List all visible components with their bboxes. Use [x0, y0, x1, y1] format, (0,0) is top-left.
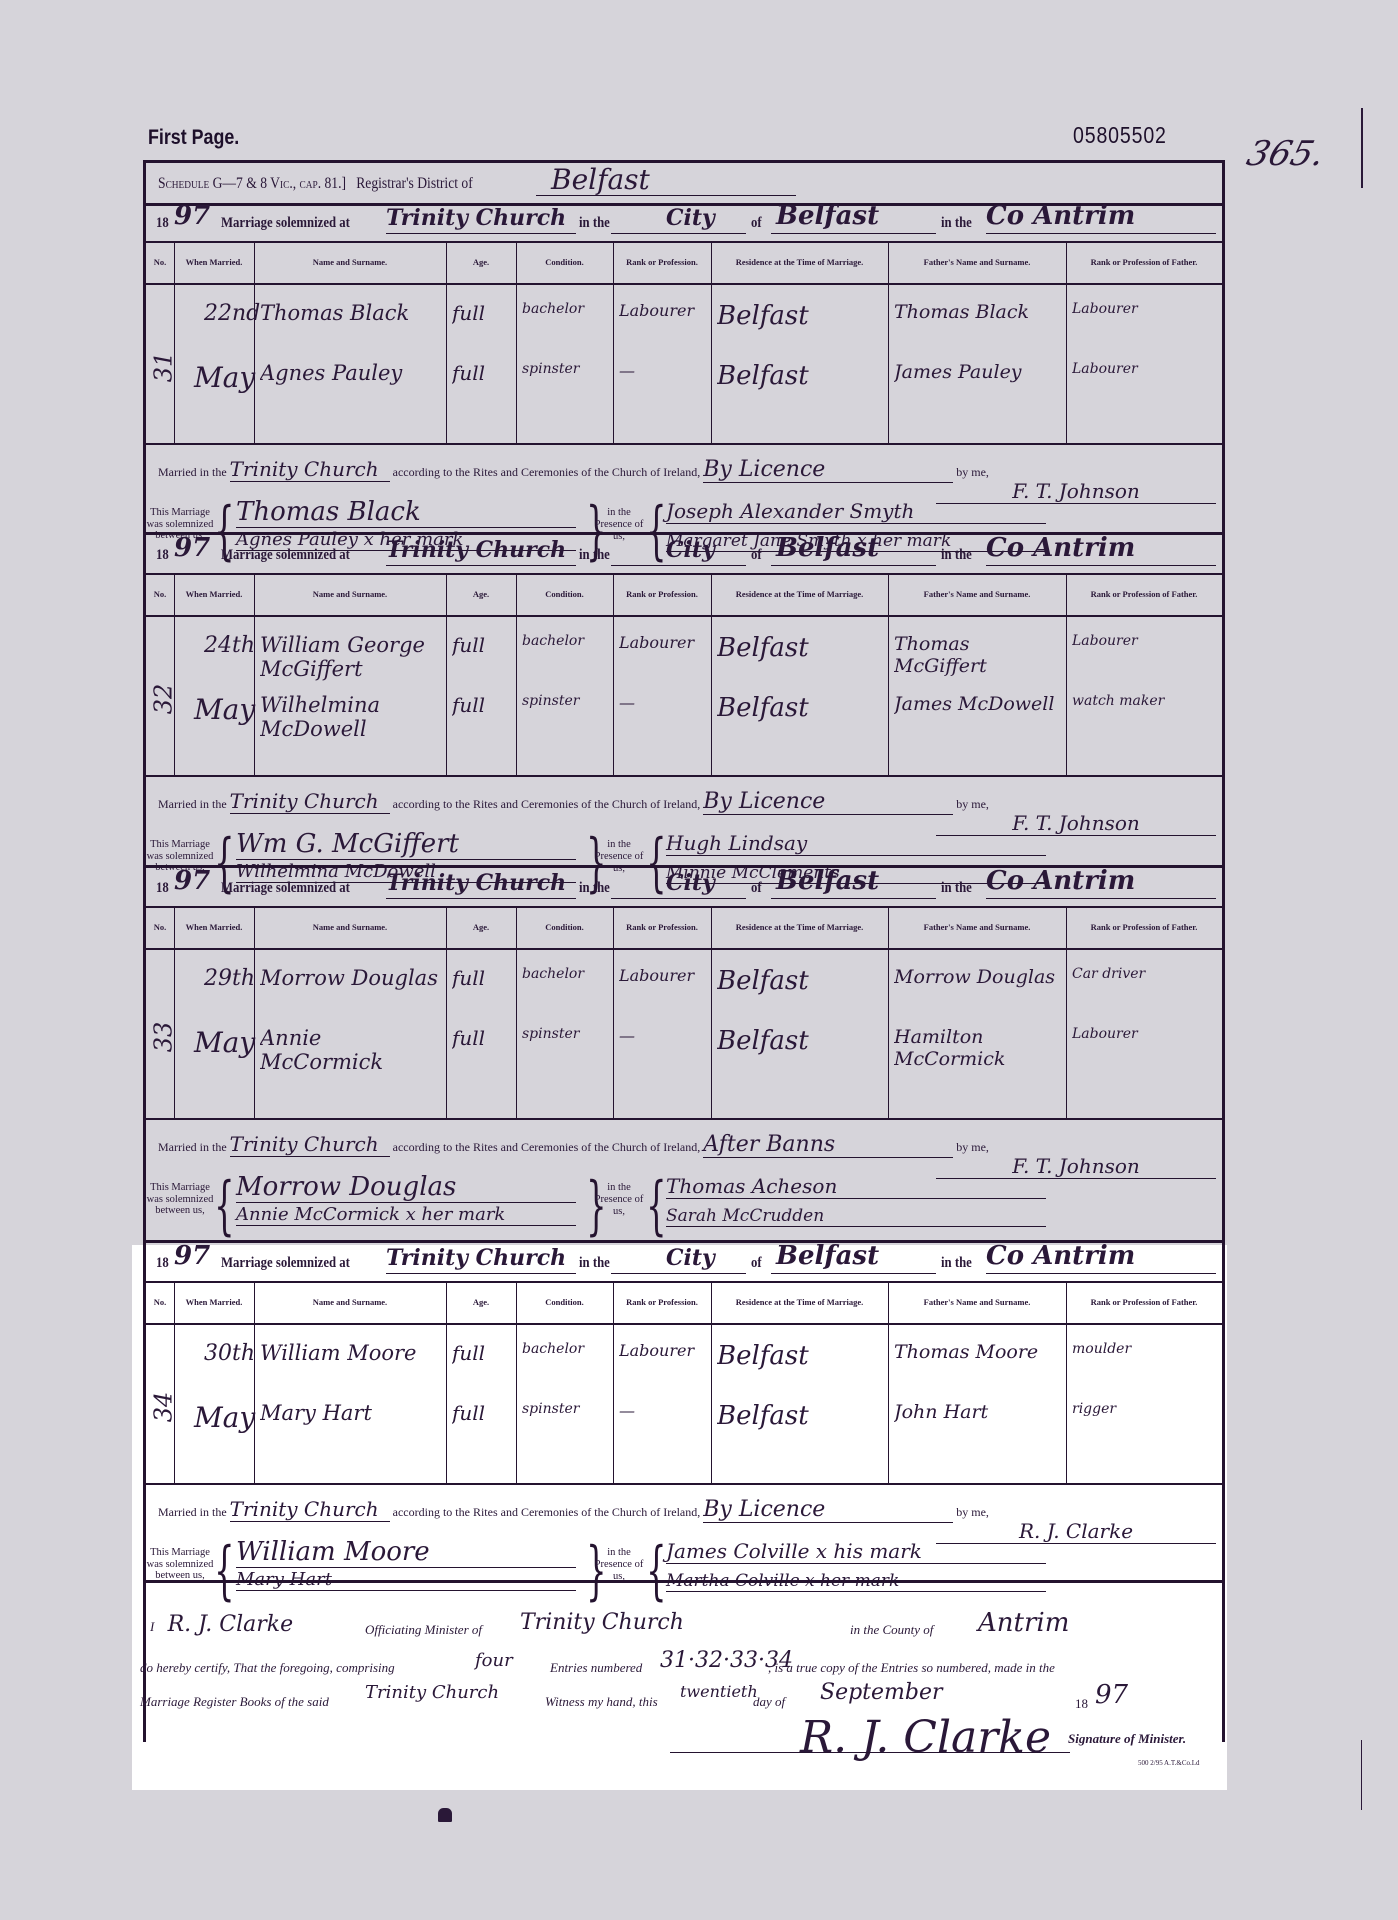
certificate-register-church: Trinity Church [365, 1682, 499, 1703]
groom-residence: Belfast [717, 966, 886, 996]
column-header: Rank or Profession. [613, 908, 711, 950]
column-header: Age. [446, 243, 516, 285]
groom-condition: bachelor [522, 966, 611, 982]
column-header: Father's Name and Surname. [888, 908, 1066, 950]
entry-number: 34 [149, 1392, 177, 1423]
bride-condition: spinster [522, 1026, 611, 1042]
entry-header: 1897Marriage solemnized atTrinity Church… [146, 868, 1222, 906]
groom-name: William George McGiffert [260, 633, 444, 681]
column-header: Residence at the Time of Marriage. [711, 1283, 888, 1325]
groom-father: Morrow Douglas [894, 966, 1064, 988]
groom-age: full [452, 633, 514, 657]
column-header: Age. [446, 575, 516, 617]
bride-rank: — [619, 361, 709, 380]
marriage-day: 22nd [204, 301, 260, 326]
entry-separator [146, 1580, 1222, 1583]
column-header: Father's Name and Surname. [888, 1283, 1066, 1325]
entry-number: 31 [149, 352, 177, 383]
groom-rank: Labourer [619, 633, 709, 652]
bride-residence: Belfast [717, 361, 886, 391]
groom-residence: Belfast [717, 633, 886, 663]
married-in-line: Married in the Trinity Church according … [158, 789, 989, 815]
groom-condition: bachelor [522, 1341, 611, 1357]
page-header-label: First Page. [148, 126, 239, 150]
entry-county: Co Antrim [986, 866, 1135, 896]
entry-year: 97 [174, 201, 210, 231]
marriage-month: May [194, 693, 255, 726]
groom-condition: bachelor [522, 301, 611, 317]
signature-label: Signature of Minister. [1068, 1731, 1186, 1747]
presence-label: in the Presence of us, [594, 1547, 644, 1583]
entry-table: No.When Married.Name and Surname.Age.Con… [146, 573, 1222, 777]
entry-table: No.When Married.Name and Surname.Age.Con… [146, 241, 1222, 445]
entry-header: 1897Marriage solemnized atTrinity Church… [146, 535, 1222, 573]
bride-father-rank: Labourer [1072, 1026, 1220, 1042]
reference-number: 05805502 [1073, 122, 1167, 149]
groom-age: full [452, 966, 514, 990]
certificate-year: 97 [1095, 1680, 1128, 1710]
bride-name: Wilhelmina McDowell [260, 693, 444, 741]
bride-father-rank: rigger [1072, 1401, 1220, 1417]
entry-header: 1897Marriage solemnized atTrinity Church… [146, 203, 1222, 241]
column-header: Rank or Profession. [613, 575, 711, 617]
entry-place-type: City [666, 1245, 715, 1271]
witness-1: Joseph Alexander Smyth [666, 499, 1046, 524]
folio-number: 365. [1243, 134, 1329, 174]
marriage-day: 29th [204, 966, 255, 991]
bride-age: full [452, 1026, 514, 1050]
bride-signature: Annie McCormick x her mark [236, 1204, 576, 1226]
column-header: Name and Surname. [254, 243, 446, 285]
entry-table: No.When Married.Name and Surname.Age.Con… [146, 1281, 1222, 1485]
married-in-church: Trinity Church [230, 1132, 390, 1157]
bride-name: Agnes Pauley [260, 361, 444, 385]
column-header: Residence at the Time of Marriage. [711, 575, 888, 617]
column-header: No. [146, 575, 174, 617]
marriage-month: May [194, 361, 255, 394]
groom-father-rank: Car driver [1072, 966, 1220, 982]
groom-father-rank: Labourer [1072, 633, 1220, 649]
bride-father-rank: watch maker [1072, 693, 1220, 709]
column-header: Condition. [516, 575, 613, 617]
minister-signature: R. J. Clarke [800, 1712, 1051, 1763]
entry-place-type: City [666, 205, 715, 231]
marriage-entry: 1897Marriage solemnized atTrinity Church… [146, 535, 1222, 868]
bride-father: James Pauley [894, 361, 1064, 383]
column-header: Condition. [516, 908, 613, 950]
marriage-register-form: Schedule G—7 & 8 Vic., cap. 81.] Registr… [143, 160, 1225, 1742]
column-header: Residence at the Time of Marriage. [711, 243, 888, 285]
entry-place-type: City [666, 870, 715, 896]
groom-signature: Thomas Black [236, 497, 576, 528]
entry-place: Belfast [776, 1241, 879, 1271]
certificate-church: Trinity Church [520, 1610, 684, 1635]
bride-condition: spinster [522, 1401, 611, 1417]
bride-residence: Belfast [717, 1401, 886, 1431]
groom-name: William Moore [260, 1341, 444, 1365]
entry-county: Co Antrim [986, 1241, 1135, 1271]
column-header: Name and Surname. [254, 1283, 446, 1325]
entry-number: 33 [149, 1022, 177, 1053]
entry-header: 1897Marriage solemnized atTrinity Church… [146, 1243, 1222, 1281]
entry-church: Trinity Church [386, 1245, 566, 1271]
bride-age: full [452, 361, 514, 385]
groom-signature: William Moore [236, 1537, 576, 1568]
column-header: Rank or Profession. [613, 243, 711, 285]
column-header: Rank or Profession of Father. [1066, 1283, 1222, 1325]
marriage-day: 24th [204, 633, 255, 658]
column-header: Residence at the Time of Marriage. [711, 908, 888, 950]
column-header: Name and Surname. [254, 575, 446, 617]
certificate-county: Antrim [978, 1608, 1069, 1638]
groom-rank: Labourer [619, 301, 709, 320]
bride-rank: — [619, 1401, 709, 1420]
column-header: Name and Surname. [254, 908, 446, 950]
column-header: No. [146, 908, 174, 950]
groom-father: Thomas Black [894, 301, 1064, 323]
bride-rank: — [619, 693, 709, 712]
column-header: Rank or Profession. [613, 1283, 711, 1325]
ink-blot [438, 1808, 452, 1822]
column-header: Father's Name and Surname. [888, 243, 1066, 285]
bride-residence: Belfast [717, 693, 886, 723]
column-header: When Married. [174, 908, 254, 950]
married-in-church: Trinity Church [230, 457, 390, 482]
column-header: When Married. [174, 1283, 254, 1325]
certificate-month: September [820, 1680, 943, 1705]
groom-rank: Labourer [619, 1341, 709, 1360]
groom-name: Morrow Douglas [260, 966, 444, 990]
groom-signature: Wm G. McGiffert [236, 829, 576, 860]
marriage-month: May [194, 1401, 255, 1434]
marriage-month: May [194, 1026, 255, 1059]
certificate-count: four [475, 1650, 513, 1671]
groom-residence: Belfast [717, 301, 886, 331]
column-header: Rank or Profession of Father. [1066, 908, 1222, 950]
entry-number: 32 [149, 684, 177, 715]
bride-condition: spinster [522, 693, 611, 709]
column-header: Age. [446, 1283, 516, 1325]
column-header: Rank or Profession of Father. [1066, 575, 1222, 617]
marriage-entry: 1897Marriage solemnized atTrinity Church… [146, 203, 1222, 535]
bride-father-rank: Labourer [1072, 361, 1220, 377]
column-header: When Married. [174, 575, 254, 617]
married-in-line: Married in the Trinity Church according … [158, 457, 989, 483]
groom-signature: Morrow Douglas [236, 1172, 576, 1203]
schedule-row: Schedule G—7 & 8 Vic., cap. 81.] Registr… [146, 163, 1222, 206]
marriage-day: 30th [204, 1341, 255, 1366]
district-value: Belfast [551, 163, 650, 196]
entry-church: Trinity Church [386, 870, 566, 896]
schedule-label: Schedule G—7 & 8 Vic., cap. 81.] [158, 175, 346, 192]
entry-place: Belfast [776, 533, 879, 563]
witness-1: Hugh Lindsay [666, 831, 1046, 856]
witness-1: Thomas Acheson [666, 1174, 1046, 1199]
column-header: Condition. [516, 243, 613, 285]
bride-name: Annie McCormick [260, 1026, 444, 1074]
bride-age: full [452, 1401, 514, 1425]
bride-age: full [452, 693, 514, 717]
married-in-church: Trinity Church [230, 1497, 390, 1522]
marriage-entry: 1897Marriage solemnized atTrinity Church… [146, 1243, 1222, 1583]
column-header: Father's Name and Surname. [888, 575, 1066, 617]
entry-table: No.When Married.Name and Surname.Age.Con… [146, 906, 1222, 1120]
marriage-by: By Licence [703, 1497, 953, 1523]
entry-church: Trinity Church [386, 537, 566, 563]
entry-year: 97 [174, 866, 210, 896]
entry-county: Co Antrim [986, 201, 1135, 231]
witness-2: Sarah McCrudden [666, 1206, 1046, 1227]
column-header: Rank or Profession of Father. [1066, 243, 1222, 285]
district-label: Registrar's District of [356, 175, 473, 192]
column-header: No. [146, 1283, 174, 1325]
groom-age: full [452, 1341, 514, 1365]
entry-year: 97 [174, 533, 210, 563]
marriage-entry: 1897Marriage solemnized atTrinity Church… [146, 868, 1222, 1243]
presence-label: in the Presence of us, [594, 1182, 644, 1218]
margin-rule [1361, 108, 1363, 188]
bride-father: John Hart [894, 1401, 1064, 1423]
groom-father-rank: moulder [1072, 1341, 1220, 1357]
groom-age: full [452, 301, 514, 325]
bride-father: Hamilton McCormick [894, 1026, 1064, 1070]
column-header: No. [146, 243, 174, 285]
groom-condition: bachelor [522, 633, 611, 649]
groom-name: Thomas Black [260, 301, 444, 325]
bride-condition: spinster [522, 361, 611, 377]
bride-rank: — [619, 1026, 709, 1045]
bride-residence: Belfast [717, 1026, 886, 1056]
entry-county: Co Antrim [986, 533, 1135, 563]
column-header: When Married. [174, 243, 254, 285]
bride-father: James McDowell [894, 693, 1064, 715]
certificate-minister: R. J. Clarke [168, 1612, 294, 1637]
column-header: Age. [446, 908, 516, 950]
married-in-line: Married in the Trinity Church according … [158, 1497, 989, 1523]
column-header: Condition. [516, 1283, 613, 1325]
marriage-by: By Licence [703, 457, 953, 483]
entry-place: Belfast [776, 201, 879, 231]
entry-place-type: City [666, 537, 715, 563]
marriage-by: By Licence [703, 789, 953, 815]
married-in-church: Trinity Church [230, 789, 390, 814]
solemnized-label: This Marriage was solemnized between us, [146, 1547, 214, 1582]
entry-place: Belfast [776, 866, 879, 896]
bride-name: Mary Hart [260, 1401, 444, 1425]
printer-mark: 500 2/95 A.T.&Co.Ld [1138, 1759, 1200, 1767]
marriage-by: After Banns [703, 1132, 953, 1158]
groom-residence: Belfast [717, 1341, 886, 1371]
groom-father: Thomas Moore [894, 1341, 1064, 1363]
entry-year: 97 [174, 1241, 210, 1271]
groom-father-rank: Labourer [1072, 301, 1220, 317]
groom-rank: Labourer [619, 966, 709, 985]
margin-rule [1361, 1740, 1362, 1810]
witness-1: James Colville x his mark [666, 1539, 1046, 1564]
entry-church: Trinity Church [386, 205, 566, 231]
groom-father: Thomas McGiffert [894, 633, 1064, 677]
certificate-day: twentieth [680, 1682, 758, 1701]
solemnized-label: This Marriage was solemnized between us, [146, 1182, 214, 1217]
married-in-line: Married in the Trinity Church according … [158, 1132, 989, 1158]
